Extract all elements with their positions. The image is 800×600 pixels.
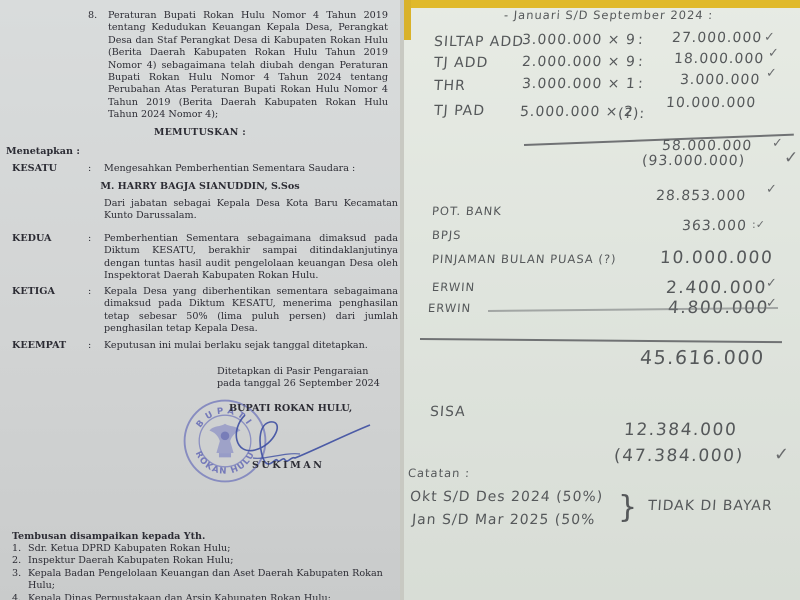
diktum-label: KEEMPAT: [12, 340, 66, 352]
check-icon: ✓: [772, 136, 783, 151]
consideration-text: Peraturan Bupati Rokan Hulu Nomor 4 Tahu…: [108, 10, 388, 122]
catatan-result: TIDAK DI BAYAR: [647, 498, 773, 514]
income-sep: (?):: [617, 106, 645, 122]
handwritten-note: - Januari S/D September 2024 : SILTAP AD…: [404, 0, 800, 600]
income-total-alt: (93.000.000): [641, 153, 745, 169]
diktum-colon: :: [88, 233, 91, 245]
check-icon: ✓: [774, 444, 789, 465]
income-sep: :: [637, 76, 644, 92]
decree-document: 8. Peraturan Bupati Rokan Hulu Nomor 4 T…: [0, 0, 400, 600]
person-name: M. HARRY BAGJA SIANUDDIN, S.Sos: [0, 181, 400, 193]
catatan-line: Jan S/D Mar 2025 (50%: [411, 512, 596, 528]
income-total: 58.000.000: [661, 138, 752, 154]
check-icon: ✓: [766, 276, 777, 291]
position-text: Dari jabatan sebagai Kepala Desa Kota Ba…: [104, 198, 398, 223]
income-sep: :: [637, 32, 644, 48]
income-label: TJ PAD: [433, 103, 485, 119]
sisa-alt: (47.384.000): [613, 446, 744, 466]
deduction-label: PINJAMAN BULAN PUASA (?): [432, 252, 617, 266]
cc-item: 1.Sdr. Ketua DPRD Kabupaten Rokan Hulu;: [12, 543, 400, 555]
deductions-total: 45.616.000: [639, 347, 765, 369]
date-line: pada tanggal 26 September 2024: [217, 378, 380, 390]
menetapkan-label: Menetapkan :: [6, 146, 80, 158]
check-icon: ✓: [784, 148, 798, 168]
cc-list: 1.Sdr. Ketua DPRD Kabupaten Rokan Hulu; …: [12, 543, 400, 600]
check-icon: ✓: [766, 296, 777, 311]
cc-item: 3.Kepala Badan Pengelolaan Keuangan dan …: [12, 568, 400, 580]
signatory-name: SUKIMAN: [252, 460, 324, 472]
diktum-text: Kepala Desa yang diberhentikan sementara…: [104, 286, 398, 336]
diktum-text: Mengesahkan Pemberhentian Sementara Saud…: [104, 163, 398, 175]
income-amount: 10.000.000: [665, 95, 756, 111]
cc-item: 2.Inspektur Daerah Kabupaten Rokan Hulu;: [12, 555, 400, 567]
sisa-amount: 12.384.000: [623, 420, 738, 440]
income-label: SILTAP ADD: [433, 34, 524, 50]
sisa-label: SISA: [429, 404, 466, 420]
diktum-text: Keputusan ini mulai berlaku sejak tangga…: [104, 340, 398, 352]
deduction-amount: 10.000.000: [659, 248, 774, 268]
income-amount: 18.000.000: [673, 51, 764, 67]
place-line: Ditetapkan di Pasir Pengaraian: [217, 366, 380, 378]
check-icon: ✓: [764, 30, 775, 45]
diktum-label: KETIGA: [12, 286, 55, 298]
income-amount: 3.000.000: [679, 72, 760, 88]
consideration-item-8: 8. Peraturan Bupati Rokan Hulu Nomor 4 T…: [88, 10, 388, 122]
catatan-line: Okt S/D Des 2024 (50%): [409, 489, 603, 505]
diktum-label: KEDUA: [12, 233, 52, 245]
cc-item: Hulu;: [12, 580, 400, 592]
deduction-amount: 28.853.000: [655, 188, 746, 204]
check-icon: ✓: [766, 66, 777, 81]
income-amount: 27.000.000: [671, 30, 762, 46]
folder-edge-side: [404, 0, 411, 40]
diktum-label: KESATU: [12, 163, 57, 175]
note-header: - Januari S/D September 2024 :: [504, 8, 714, 22]
cc-item: 4.Kepala Dinas Perpustakaan dan Arsip Ka…: [12, 593, 400, 600]
check-icon: :✓: [752, 218, 765, 231]
deduction-label: BPJS: [432, 228, 462, 242]
diktum-text: Pemberhentian Sementara sebagaimana dima…: [104, 233, 398, 283]
memutuskan-heading: MEMUTUSKAN :: [0, 127, 400, 139]
deduction-label: ERWIN: [432, 280, 476, 294]
sum-line: [524, 134, 794, 146]
diktum-colon: :: [88, 286, 91, 298]
deduction-amount: 363.000: [681, 218, 747, 234]
brace-icon: }: [618, 490, 637, 525]
income-calc: 3.000.000 × 9: [521, 32, 636, 48]
deduction-label: ERWIN: [428, 301, 472, 315]
sum-line: [420, 338, 782, 343]
deduction-label: POT. BANK: [432, 204, 503, 218]
deduction-amount: 2.400.000: [665, 278, 767, 298]
income-calc: 3.000.000 × 1: [521, 76, 636, 92]
folder-edge: [404, 0, 800, 8]
catatan-label: Catatan :: [408, 466, 471, 480]
check-icon: ✓: [766, 182, 777, 197]
check-icon: ✓: [768, 46, 779, 61]
diktum-colon: :: [88, 340, 91, 352]
diktum-colon: :: [88, 163, 91, 175]
signature-place-date: Ditetapkan di Pasir Pengaraian pada tang…: [217, 366, 380, 391]
income-calc: 2.000.000 × 9: [521, 54, 636, 70]
income-sep: :: [637, 54, 644, 70]
income-label: TJ ADD: [433, 55, 488, 71]
cc-title: Tembusan disampaikan kepada Yth.: [12, 531, 205, 543]
consideration-number: 8.: [88, 10, 97, 22]
income-label: THR: [433, 78, 466, 94]
